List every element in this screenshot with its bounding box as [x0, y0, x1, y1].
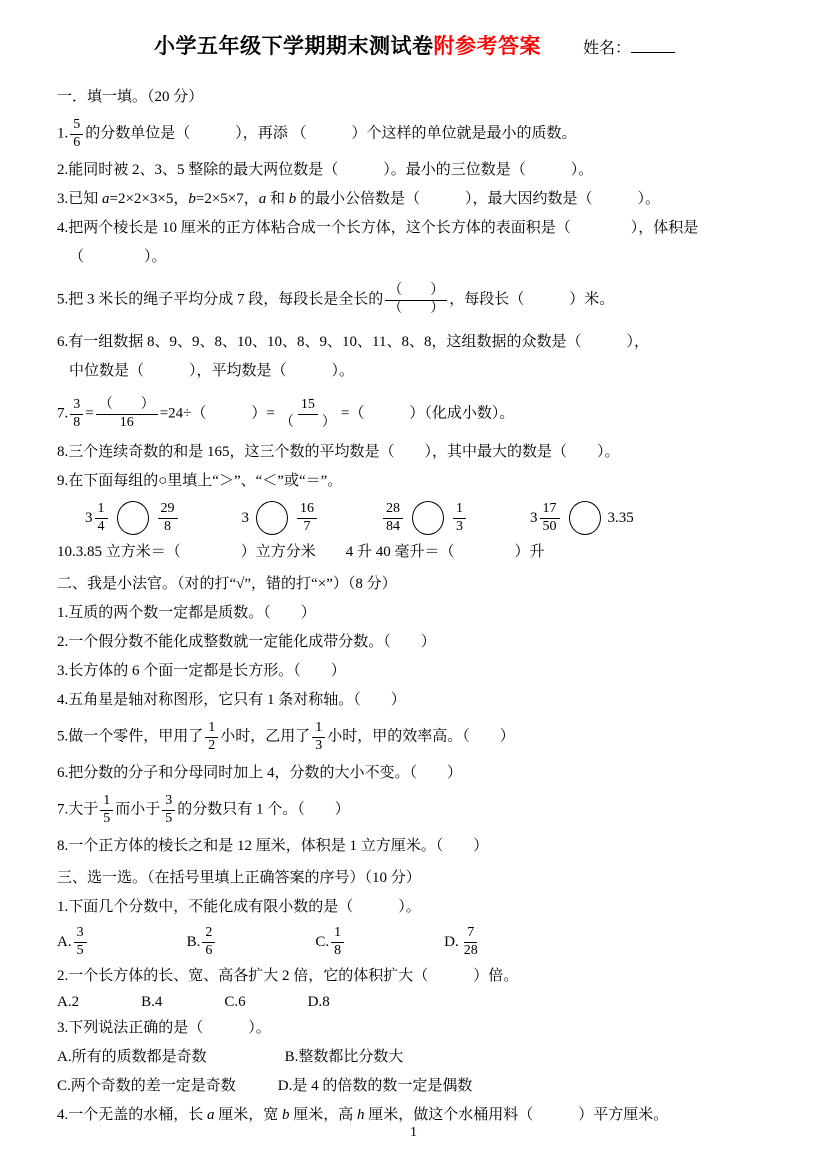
fraction-numerator: （ ） — [96, 397, 158, 415]
s2-item4: 4.五角星是轴对称图形，它只有 1 条对称轴。（ ） — [57, 687, 772, 714]
q-text: 3.已知 — [57, 191, 102, 207]
fraction-denominator: 8 — [331, 943, 344, 960]
q-text: 厘米，做这个水桶用料（ ）平方厘米。 — [365, 1107, 669, 1123]
comparison-3: 288413 — [381, 501, 468, 535]
fraction-denominator: 8 — [161, 519, 174, 536]
section2-heading: 二、我是小法官。（对的打“√”，错的打“×”）（8 分） — [57, 571, 772, 598]
s3-q2-options: A.2 B.4 C.6 D.8 — [57, 994, 772, 1011]
s2-item8: 8.一个正方体的棱长之和是 12 厘米，体积是 1 立方厘米。（ ） — [57, 833, 772, 860]
s2-item3: 3.长方体的 6 个面一定都是长方形。（ ） — [57, 658, 772, 685]
s2-item5: 5.做一个零件，甲用了12小时，乙用了13小时，甲的效率高。（ ） — [57, 720, 772, 754]
q-text: 小时，乙用了 — [220, 729, 310, 745]
option-A: A.35 — [57, 925, 89, 959]
q-text: 厘米，宽 — [215, 1107, 283, 1123]
whole-number: 3 — [85, 510, 93, 527]
q-text: =（ ）（化成小数）。 — [341, 406, 514, 422]
fraction-denominator: 50 — [540, 519, 560, 536]
comparison-circle — [569, 501, 601, 535]
fraction-numerator: 3 — [70, 397, 83, 415]
s2-item6: 6.把分数的分子和分母同时加上 4，分数的大小不变。（ ） — [57, 760, 772, 787]
comparison-4: 317503.35 — [530, 501, 634, 535]
option-D: D.是 4 的倍数的数一定是偶数 — [278, 1078, 473, 1094]
s1-q3: 3.已知 a=2×2×3×5，b=2×5×7，a 和 b 的最小公倍数是（ ），… — [57, 186, 772, 213]
variable-a: a — [207, 1107, 215, 1123]
q-text: 小时，甲的效率高。（ ） — [327, 729, 515, 745]
fraction-denominator: 5 — [162, 811, 175, 828]
section3-heading: 三、选一选。（在括号里填上正确答案的序号）（10 分） — [57, 865, 772, 892]
s2-item7: 7.大于15而小于35的分数只有 1 个。（ ） — [57, 793, 772, 827]
q-number: 1. — [57, 126, 68, 142]
fraction-numerator: 16 — [297, 501, 317, 519]
option-A: A.2 — [57, 994, 79, 1011]
q-number: 7. — [57, 406, 68, 422]
s1-q2: 2.能同时被 2、3、5 整除的最大两位数是（ ）。最小的三位数是（ ）。 — [57, 157, 772, 184]
fraction: 298 — [158, 501, 178, 535]
fraction-numerator: 17 — [540, 501, 560, 519]
fraction: 1750 — [540, 501, 560, 535]
fraction: 26 — [202, 925, 215, 959]
s1-q1: 1.56的分数单位是（ ），再添 （ ）个这样的单位就是最小的质数。 — [57, 117, 772, 151]
fraction-numerator: 1 — [95, 501, 108, 519]
s1-q4-line2: （ ）。 — [57, 244, 772, 271]
comparison-1: 314298 — [85, 501, 180, 535]
comparison-circle — [412, 501, 444, 535]
fraction-numerator: 1 — [331, 925, 344, 943]
q-text: =24÷（ ）= — [160, 406, 275, 422]
mixed-number: 31750 — [530, 501, 562, 535]
q-text: 5.做一个零件，甲用了 — [57, 729, 203, 745]
fraction-denominator: 8 — [70, 415, 83, 432]
fraction-numerator: 1 — [312, 720, 325, 738]
fraction-denominator: 6 — [202, 943, 215, 960]
answer-key-label: 附参考答案 — [433, 30, 541, 60]
whole-number: 3 — [530, 510, 538, 527]
fraction: 18 — [331, 925, 344, 959]
blank-fraction: （ ）16 — [96, 397, 158, 431]
fraction: 38 — [70, 397, 83, 431]
fraction: 2884 — [383, 501, 403, 535]
fraction-numerator: 2 — [202, 925, 215, 943]
fraction: 15 — [100, 793, 113, 827]
option-D: D.728 — [444, 925, 483, 959]
fraction-denominator: 84 — [383, 519, 403, 536]
option-label: C. — [315, 934, 329, 951]
variable-h: h — [357, 1107, 365, 1123]
s3-q2: 2.一个长方体的长、宽、高各扩大 2 倍，它的体积扩大（ ）倍。 — [57, 963, 772, 990]
s1-q9: 9.在下面每组的○里填上“＞”、“＜”或“＝”。 — [57, 468, 772, 495]
fraction: 13 — [453, 501, 466, 535]
fraction-denominator: 2 — [205, 738, 218, 755]
fraction: 728 — [461, 925, 481, 959]
fraction-numerator: 1 — [453, 501, 466, 519]
title-row: 小学五年级下学期期末测试卷附参考答案 姓名： — [57, 30, 772, 60]
variable-b: b — [282, 1107, 290, 1123]
variable-b: b — [188, 191, 196, 207]
option-B: B.4 — [141, 994, 162, 1011]
q-text: 的最小公倍数是（ ），最大因约数是（ ）。 — [296, 191, 660, 207]
blank-fraction: （ ）（ ） — [385, 283, 447, 317]
s1-q4-line1: 4.把两个棱长是 10 厘米的正方体粘合成一个长方体，这个长方体的表面积是（ ）… — [57, 215, 772, 242]
option-C: C.6 — [224, 994, 245, 1011]
s2-item1: 1.互质的两个数一定都是质数。（ ） — [57, 600, 772, 627]
page-number: 1 — [0, 1125, 827, 1141]
fraction: 56 — [70, 117, 83, 151]
whole-number: 3 — [242, 510, 250, 527]
s3-q1-options: A.35 B.26 C.18 D.728 — [57, 925, 772, 959]
fraction-denominator: 7 — [301, 519, 314, 536]
option-A: A.所有的质数都是奇数 — [57, 1049, 207, 1065]
q-text: =2×2×3×5， — [110, 191, 189, 207]
mixed-number: 314 — [85, 501, 110, 535]
fraction-denominator: 3 — [453, 519, 466, 536]
fraction-numerator: 1 — [100, 793, 113, 811]
s3-q3: 3.下列说法正确的是（ ）。 — [57, 1015, 772, 1042]
option-C: C.18 — [315, 925, 346, 959]
s1-q8: 8.三个连续奇数的和是 165，这三个数的平均数是（ ），其中最大的数是（ ）。 — [57, 439, 772, 466]
fraction: 35 — [74, 925, 87, 959]
fraction-denominator: 6 — [70, 135, 83, 152]
s1-q10: 10.3.85 立方米＝（ ）立方分米 4 升 40 毫升＝（ ）升 — [57, 539, 772, 566]
comparison-circle — [117, 501, 149, 535]
option-label: D. — [444, 934, 459, 951]
option-label: B. — [187, 934, 201, 951]
s1-q5: 5.把 3 米长的绳子平均分成 7 段，每段长是全长的（ ）（ ），每段长（ ）… — [57, 283, 772, 317]
fraction-numerator: 7 — [464, 925, 477, 943]
fraction-numerator: 5 — [70, 117, 83, 135]
option-label: A. — [57, 934, 72, 951]
q-text: 而小于 — [115, 802, 160, 818]
fraction-denominator: 4 — [95, 519, 108, 536]
variable-a: a — [102, 191, 110, 207]
fraction-denominator: 28 — [461, 943, 481, 960]
s1-q6-line2: 中位数是（ ），平均数是（ ）。 — [57, 358, 772, 385]
fraction-numerator: 1 — [205, 720, 218, 738]
section1-heading: 一．填一填。（20 分） — [57, 84, 772, 111]
comparison-2: 3167 — [242, 501, 320, 535]
name-underline — [631, 51, 675, 53]
option-C: C.两个奇数的差一定是奇数 — [57, 1078, 236, 1094]
equals-sign: = — [85, 406, 93, 422]
q-text: 的分数只有 1 个。（ ） — [177, 802, 350, 818]
name-field: 姓名： — [583, 35, 675, 58]
q-text: 的分数单位是（ ），再添 （ ）个这样的单位就是最小的质数。 — [85, 126, 576, 142]
fraction-numerator: 29 — [158, 501, 178, 519]
q-text: 厘米，高 — [290, 1107, 358, 1123]
fraction-numerator: 3 — [162, 793, 175, 811]
option-B: B.26 — [187, 925, 218, 959]
q-text: =2×5×7， — [196, 191, 259, 207]
fraction: 13 — [312, 720, 325, 754]
fraction-denominator: 16 — [117, 415, 137, 432]
s1-q9-comparisons: 314298 3167 288413 317503.35 — [57, 501, 772, 535]
s3-q3-options-CD: C.两个奇数的差一定是奇数D.是 4 的倍数的数一定是偶数 — [57, 1073, 772, 1100]
fraction-denominator: 5 — [74, 943, 87, 960]
fraction-numerator: （ ） — [385, 283, 447, 301]
q-text: 4.一个无盖的水桶，长 — [57, 1107, 207, 1123]
fraction-denominator: （ ） — [277, 415, 339, 432]
page-title: 小学五年级下学期期末测试卷 — [154, 30, 434, 60]
decimal-number: 3.35 — [608, 510, 634, 527]
fraction-denominator: （ ） — [385, 301, 447, 318]
q-text: 和 — [266, 191, 289, 207]
test-paper-page: 小学五年级下学期期末测试卷附参考答案 姓名： 一．填一填。（20 分） 1.56… — [0, 0, 827, 1169]
fraction: 35 — [162, 793, 175, 827]
fraction: 14 — [95, 501, 108, 535]
option-D: D.8 — [308, 994, 330, 1011]
option-B: B.整数都比分数大 — [285, 1049, 404, 1065]
fraction: 167 — [297, 501, 317, 535]
s3-q3-options-AB: A.所有的质数都是奇数B.整数都比分数大 — [57, 1044, 772, 1071]
fraction-numerator: 28 — [383, 501, 403, 519]
q-text: 7.大于 — [57, 802, 98, 818]
fraction: 15（ ） — [277, 397, 339, 431]
fraction-numerator: 3 — [74, 925, 87, 943]
q-text: ，每段长（ ）米。 — [449, 292, 614, 308]
s1-q7: 7.38=（ ）16=24÷（ ）=15（ ）=（ ）（化成小数）。 — [57, 397, 772, 431]
s1-q6-line1: 6.有一组数据 8、9、9、8、10、10、8、9、10、11、8、8，这组数据… — [57, 329, 772, 356]
s2-item2: 2.一个假分数不能化成整数就一定能化成带分数。（ ） — [57, 629, 772, 656]
fraction-denominator: 3 — [312, 738, 325, 755]
fraction-numerator: 15 — [298, 397, 318, 415]
comparison-circle — [256, 501, 288, 535]
fraction-denominator: 5 — [100, 811, 113, 828]
name-label: 姓名： — [583, 40, 631, 57]
s3-q1: 1.下面几个分数中，不能化成有限小数的是（ ）。 — [57, 894, 772, 921]
q-text: 5.把 3 米长的绳子平均分成 7 段，每段长是全长的 — [57, 292, 383, 308]
fraction: 12 — [205, 720, 218, 754]
